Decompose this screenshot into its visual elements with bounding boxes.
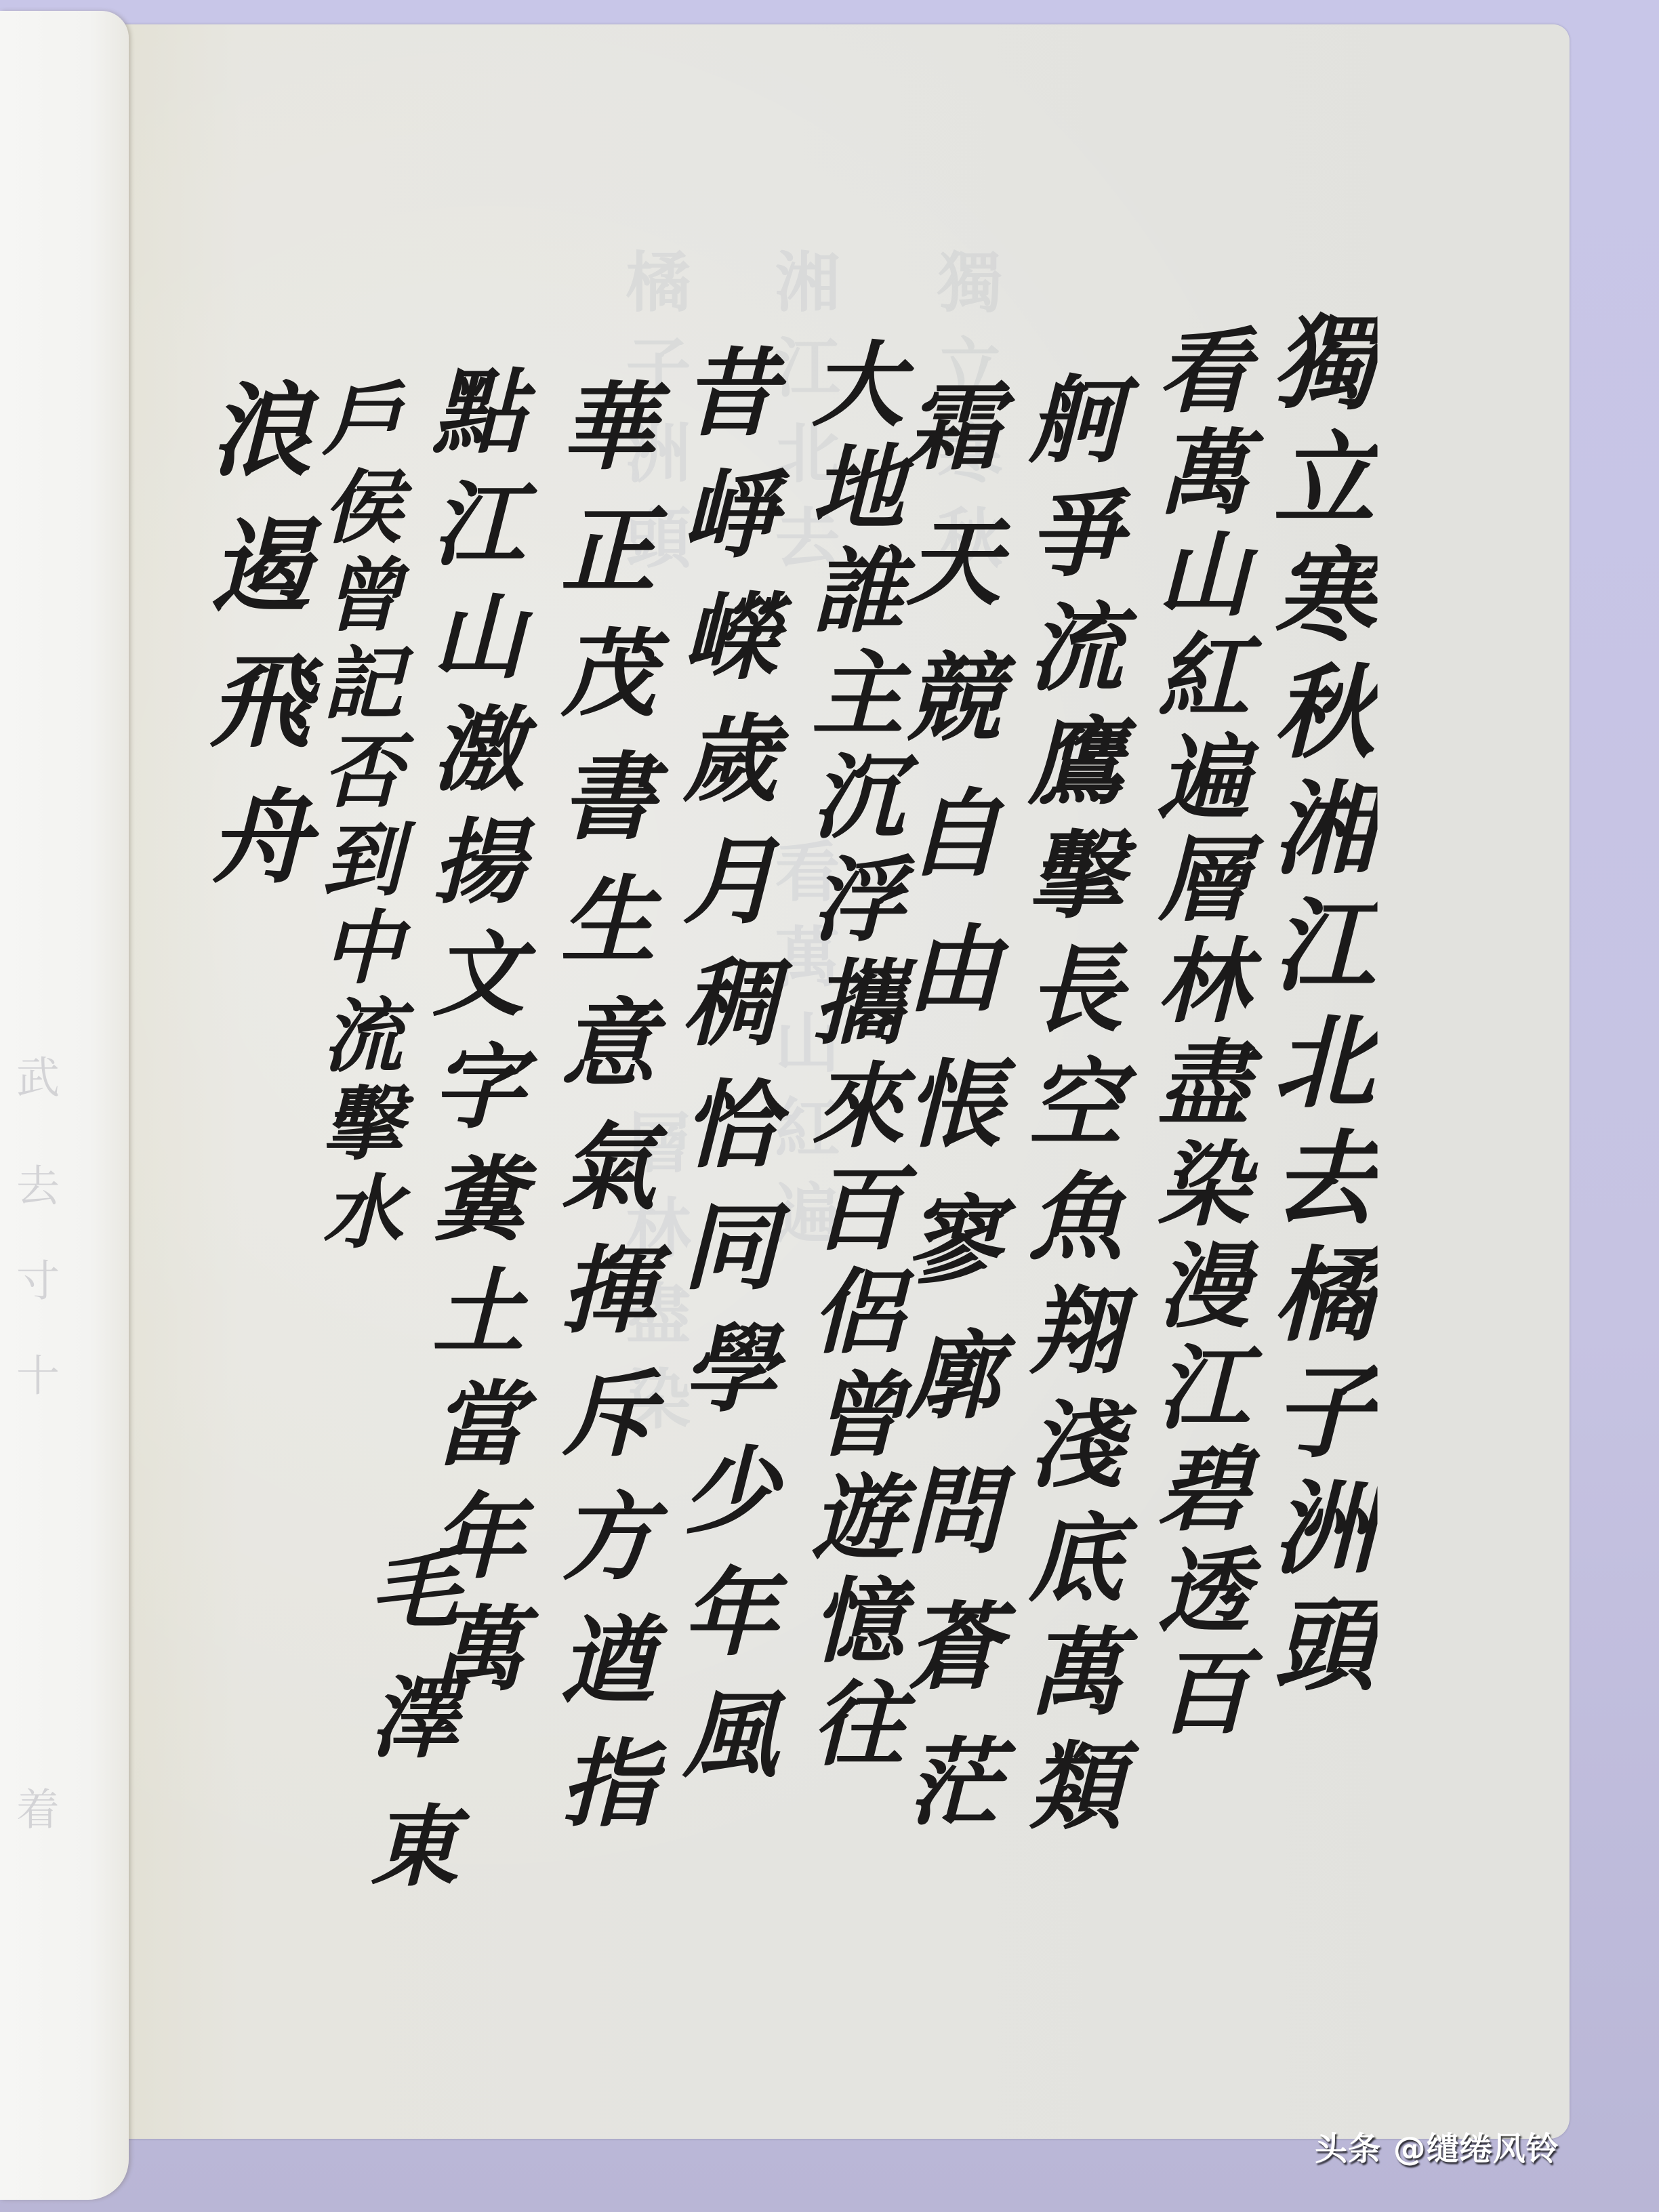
poem-column-10: 浪遏飛舟 [201, 377, 302, 919]
watermark-text: 头条 @缱绻风铃 [1315, 2123, 1559, 2169]
poem-column-3: 舸爭流鷹擊長空魚翔淺底萬類 [1021, 370, 1115, 1850]
left-page-ghost-char: 十 [3, 1353, 65, 1396]
author-signature: 毛澤東 [363, 1542, 451, 1929]
poem-column-6: 昔崢嶸歲月稠恰同學少年風 [675, 343, 770, 1807]
poem-column-4: 霜天競自由悵寥廓問蒼茫 [899, 377, 994, 1868]
calligraphy-poem: 獨立寒秋湘江北去橘子洲頭 看萬山紅遍層林盡染漫江碧透百 舸爭流鷹擊長空魚翔淺底萬… [24, 24, 1570, 2139]
poem-column-8: 點江山激揚文字糞土當年萬 [424, 363, 516, 1713]
left-page-ghost-char: 武 [3, 1054, 65, 1098]
left-page-ghost-char: 着 [3, 1786, 65, 1830]
left-page-ghost-char: 去 [3, 1163, 65, 1206]
poem-column-5: 大地誰主沉浮攜來百侶曾遊憶往 [804, 336, 896, 1778]
book-page: 獨立寒秋 湘江北去 橘子洲頭 看萬山紅遍 層林盡染 獨立寒秋湘江北去橘子洲頭 看… [24, 24, 1570, 2139]
left-page-ghost-char: 寸 [3, 1258, 65, 1301]
poem-column-9: 戶侯曾記否到中流擊水 [316, 377, 396, 1258]
left-page-edge: 武 去 寸 十 着 [0, 11, 129, 2200]
poem-column-1: 獨立寒秋湘江北去橘子洲頭 [1265, 309, 1366, 1708]
poem-column-7: 華正茂書生意氣揮斥方遒指 [553, 377, 648, 1857]
poem-column-2: 看萬山紅遍層林盡染漫江碧透百 [1149, 323, 1242, 1746]
